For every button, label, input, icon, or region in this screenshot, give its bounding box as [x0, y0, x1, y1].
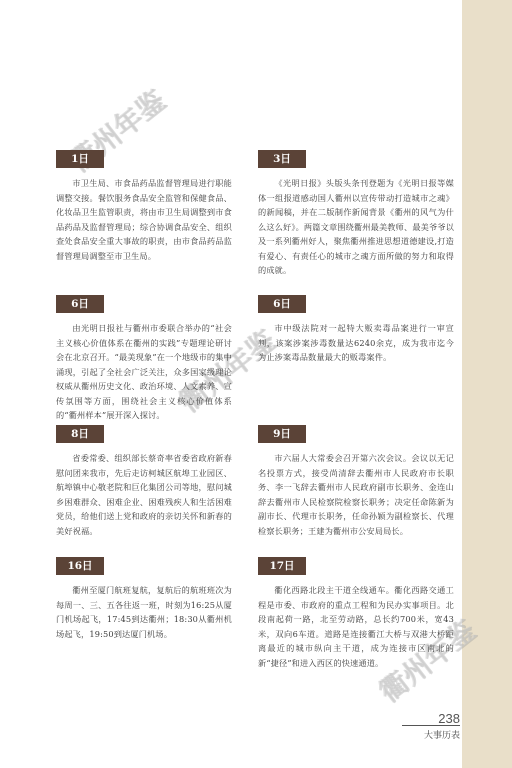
event-text: 由光明日报社与衢州市委联合举办的“社会主义核心价值体系在衢州的实践”专题理论研讨… [56, 321, 232, 423]
date-tag: 3日 [258, 150, 306, 168]
event-text: 衢化西路北段主干道全线通车。衢化西路交通工程是市委、市政府的重点工程和为民办实事… [258, 583, 454, 670]
date-tag: 6日 [56, 295, 104, 313]
event-entry-16: 16日 衢州至厦门航班复航，复航后的航班班次为每周一、三、五各往返一班，时刻为1… [56, 554, 232, 641]
date-tag: 17日 [258, 557, 306, 575]
event-entry-3: 3日 《光明日报》头版头条刊登题为《光明日报等媒体一组报道感动国人衢州以宣传带动… [258, 147, 454, 278]
event-entry-9: 9日 市六届人大常委会召开第六次会议。会议以无记名投票方式，接受尚清辞去衢州市人… [258, 422, 454, 538]
page-number: 238 [402, 713, 460, 726]
event-entry-17: 17日 衢化西路北段主干道全线通车。衢化西路交通工程是市委、市政府的重点工程和为… [258, 554, 454, 670]
date-tag: 16日 [56, 557, 104, 575]
event-text: 《光明日报》头版头条刊登题为《光明日报等媒体一组报道感动国人衢州以宣传带动打造城… [258, 176, 454, 278]
event-text: 省委常委、组织部长蔡奇率省委省政府新春慰问团来我市，先后走访柯城区航埠工业园区、… [56, 451, 232, 538]
event-text: 市卫生局、市食品药品监督管理局进行职能调整交接。餐饮服务食品安全监管和保健食品、… [56, 176, 232, 263]
date-tag: 8日 [56, 425, 104, 443]
event-text: 市六届人大常委会召开第六次会议。会议以无记名投票方式，接受尚清辞去衢州市人民政府… [258, 451, 454, 538]
event-text: 市中级法院对一起特大贩卖毒品案进行一审宣判，该案涉案涉毒数量达6240余克，成为… [258, 321, 454, 365]
section-name: 大事历表 [412, 728, 460, 741]
date-tag: 6日 [258, 295, 306, 313]
page-footer: 238 大事历表 [412, 713, 460, 741]
event-entry-6b: 6日 市中级法院对一起特大贩卖毒品案进行一审宣判，该案涉案涉毒数量达6240余克… [258, 292, 454, 365]
page-sidebar-band [462, 0, 512, 768]
date-tag: 9日 [258, 425, 306, 443]
event-entry-6a: 6日 由光明日报社与衢州市委联合举办的“社会主义核心价值体系在衢州的实践”专题理… [56, 292, 232, 423]
event-entry-1: 1日 市卫生局、市食品药品监督管理局进行职能调整交接。餐饮服务食品安全监管和保健… [56, 147, 232, 263]
event-text: 衢州至厦门航班复航，复航后的航班班次为每周一、三、五各往返一班，时刻为16:25… [56, 583, 232, 641]
date-tag: 1日 [56, 150, 104, 168]
event-entry-8: 8日 省委常委、组织部长蔡奇率省委省政府新春慰问团来我市，先后走访柯城区航埠工业… [56, 422, 232, 538]
